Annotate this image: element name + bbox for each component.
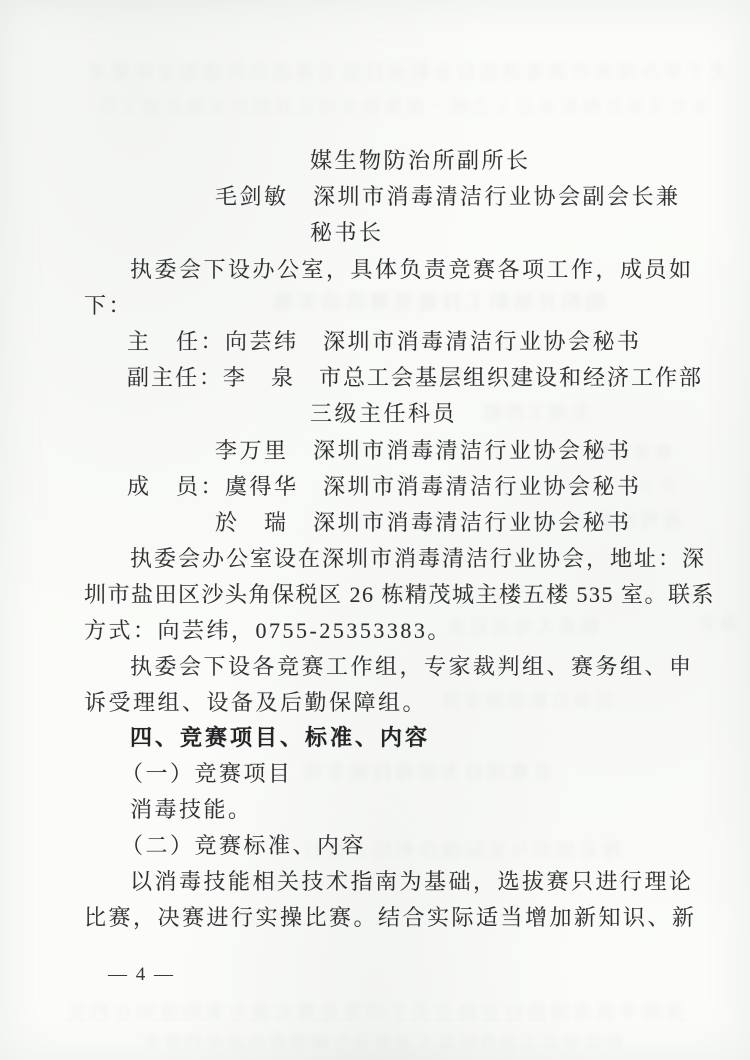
text-line: 秘书长 xyxy=(310,216,384,247)
document-text-layer: 媒生物防治所副所长毛剑敏 深圳市消毒清洁行业协会副会长兼秘书长执委会下设办公室，… xyxy=(0,0,750,1060)
text-line: 诉受理组、设备及后勤保障组。 xyxy=(84,686,427,717)
text-line: 三级主任科员 xyxy=(310,397,457,428)
text-line: 主 任：向芸纬 深圳市消毒清洁行业协会秘书 xyxy=(127,325,642,356)
text-line: 以消毒技能相关技术指南为基础，选拔赛只进行理论 xyxy=(130,865,694,896)
text-line: 执委会下设办公室，具体负责竞赛各项工作，成员如 xyxy=(130,253,694,284)
section-heading: 四、竞赛项目、标准、内容 xyxy=(130,721,430,752)
text-line: 比赛，决赛进行实操比赛。结合实际适当增加新知识、新 xyxy=(84,901,697,932)
text-line: 副主任：李 泉 市总工会基层组织建设和经济工作部 xyxy=(127,361,703,392)
text-line: （二）竞赛标准、内容 xyxy=(121,829,366,860)
page-number: — 4 — xyxy=(108,964,175,986)
text-line: 成 员：虞得华 深圳市消毒清洁行业协会秘书 xyxy=(127,470,642,501)
text-line: 下： xyxy=(84,289,133,320)
text-line: 毛剑敏 深圳市消毒清洁行业协会副会长兼 xyxy=(215,180,681,211)
text-line: 李万里 深圳市消毒清洁行业协会秘书 xyxy=(215,434,632,465)
text-line: 消毒技能。 xyxy=(130,793,253,824)
text-line: 圳市盐田区沙头角保税区 26 栋精茂城主楼五楼 535 室。联系 xyxy=(84,578,715,609)
text-line: 於 瑞 深圳市消毒清洁行业协会秘书 xyxy=(215,506,632,537)
text-line: 执委会办公室设在深圳市消毒清洁行业协会，地址：深 xyxy=(130,542,706,573)
text-line: 执委会下设各竞赛工作组，专家裁判组、赛务组、申 xyxy=(130,650,694,681)
text-line: （一）竞赛项目 xyxy=(121,757,293,788)
text-line: 方式：向芸纬，0755-25353383。 xyxy=(84,614,452,645)
text-line: 媒生物防治所副所长 xyxy=(310,144,531,175)
scanned-document-page: 关于举办深圳市消毒清洁行业职业技能竞赛活动的通知文件要求各有关单位根据市总工会统… xyxy=(0,0,750,1060)
